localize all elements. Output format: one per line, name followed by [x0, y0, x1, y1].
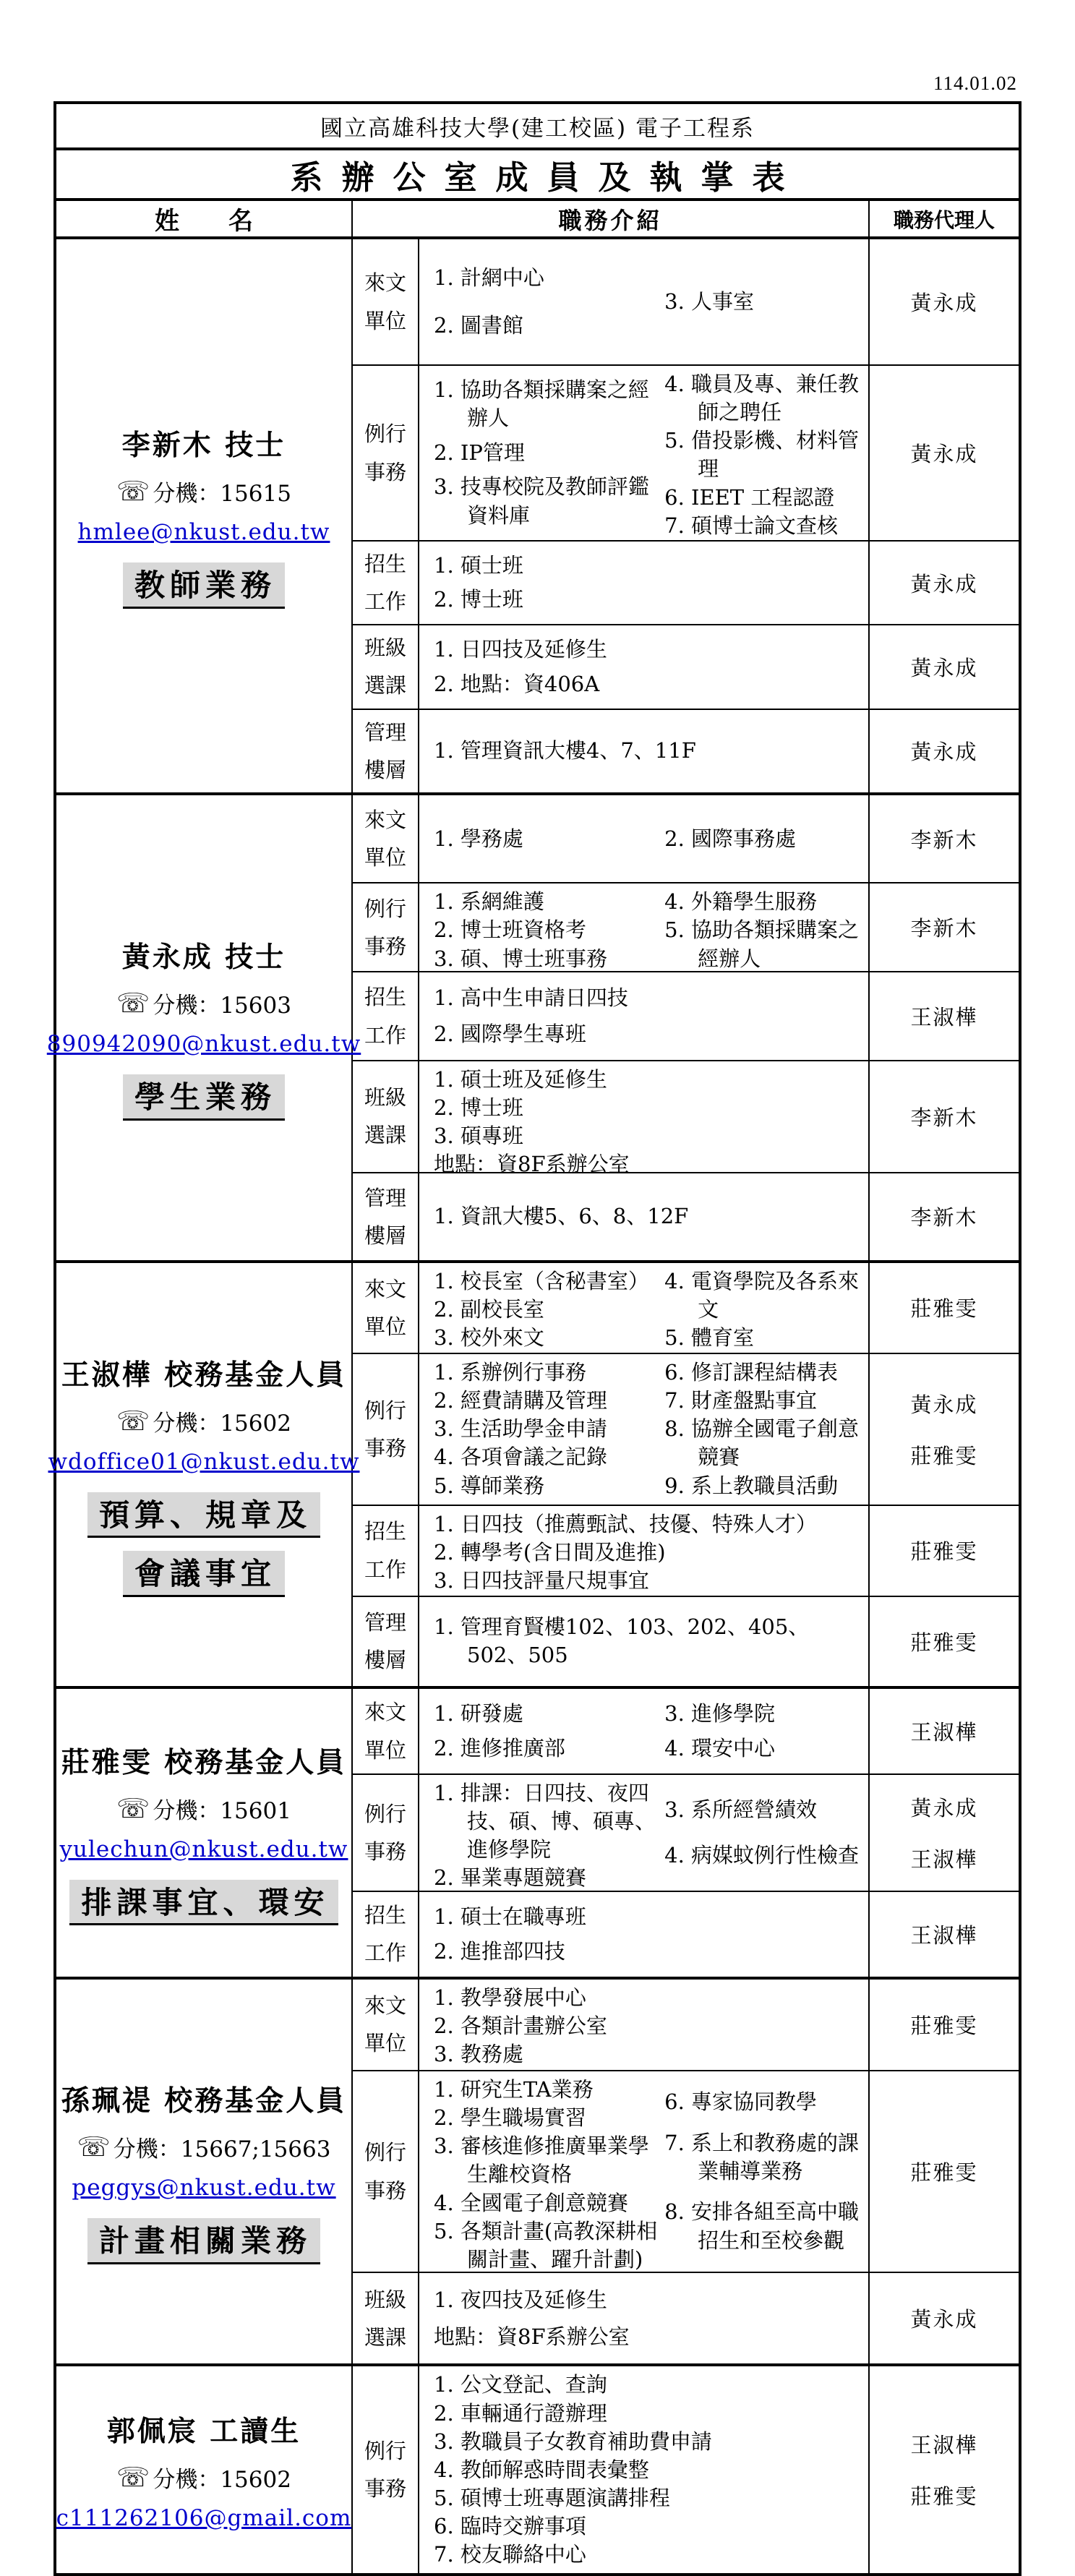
duty-item: 7. 系上和教務處的課業輔導業務: [664, 2129, 861, 2186]
duty-row: 來文單位1. 計網中心2. 圖書館3. 人事室黃永成: [353, 239, 1019, 364]
duty-category-label: 管理樓層: [353, 1597, 419, 1687]
duty-item: 1. 高中生申請日四技: [434, 984, 861, 1012]
member-duty-rows: 來文單位1. 教學發展中心2. 各類計畫辦公室3. 教務處莊雅雯例行事務1. 研…: [353, 1980, 1019, 2364]
duty-columns: 1. 日四技（推薦甄試、技優、特殊人才）2. 轉學考(含日間及進推)3. 日四技…: [434, 1510, 861, 1591]
staff-duty-table: 國立高雄科技大學(建工校區) 電子工程系 系辦公室成員及執掌表 姓 名 職務介紹…: [53, 101, 1022, 2576]
duty-column: 3. 系所經營績效4. 病媒蚊例行性檢查: [664, 1779, 861, 1886]
duty-item: 4. 病媒蚊例行性檢查: [664, 1841, 861, 1870]
duty-column: 1. 系辦例行事務2. 經費請購及管理3. 生活助學金申請4. 各項會議之記錄5…: [434, 1358, 664, 1500]
member-email-link[interactable]: 890942090@nkust.edu.tw: [47, 1031, 361, 1057]
duty-column: 1. 碩士在職專班2. 進推部四技: [434, 1896, 861, 1972]
duty-row: 來文單位1. 教學發展中心2. 各類計畫辦公室3. 教務處莊雅雯: [353, 1980, 1019, 2070]
duty-item: 1. 研究生TA業務: [434, 2076, 660, 2104]
duty-items-cell: 1. 教學發展中心2. 各類計畫辦公室3. 教務處: [419, 1980, 870, 2070]
duty-item: 1. 系辦例行事務: [434, 1358, 660, 1387]
deputy-cell: 王淑樺: [870, 972, 1019, 1059]
duty-column: 1. 研發處2. 進修推廣部: [434, 1693, 664, 1769]
extension-text: 分機：15602: [153, 2461, 291, 2494]
duty-items-cell: 1. 高中生申請日四技2. 國際學生專班: [419, 972, 870, 1059]
duty-items-cell: 1. 日四技（推薦甄試、技優、特殊人才）2. 轉學考(含日間及進推)3. 日四技…: [419, 1506, 870, 1596]
duty-items-cell: 1. 學務處2. 國際事務處: [419, 795, 870, 882]
duty-item: 2. 經費請購及管理: [434, 1387, 660, 1415]
duty-row: 例行事務1. 系辦例行事務2. 經費請購及管理3. 生活助學金申請4. 各項會議…: [353, 1353, 1019, 1505]
deputy-cell: 莊雅雯: [870, 1263, 1019, 1353]
duty-column: 1. 夜四技及延修生地點：資8F系辦公室: [434, 2277, 861, 2359]
member-duty-tags: 計畫相關業務: [87, 2218, 320, 2264]
members-body: 李新木 技士☏分機：15615hmlee@nkust.edu.tw教師業務來文單…: [56, 239, 1019, 2573]
duty-item: 6. 臨時交辦事項: [434, 2512, 861, 2541]
duty-item: 4. 外籍學生服務: [664, 888, 861, 916]
duty-item: 3. 教職員子女教育補助費申請: [434, 2428, 861, 2456]
member-extension-line: ☏分機：15602: [116, 1405, 291, 1437]
duty-item: 5. 借投影機、材料管理: [664, 427, 861, 483]
duty-columns: 1. 管理育賢樓102、103、202、405、502、505: [434, 1601, 861, 1682]
duty-columns: 1. 排課：日四技、夜四技、碩、博、碩專、進修學院2. 畢業專題競賽3. 系所經…: [434, 1779, 861, 1886]
duty-item: 5. 各類計畫(高教深耕相關計畫、躍升計劃): [434, 2217, 660, 2274]
deputy-name: 黃永成: [910, 1389, 977, 1418]
duty-column: 3. 進修學院4. 環安中心: [664, 1693, 861, 1769]
duty-items-cell: 1. 管理資訊大樓4、7、11F: [419, 710, 870, 792]
member-duty-tag: 預算、規章及: [87, 1492, 320, 1539]
deputy-name: 莊雅雯: [910, 1536, 977, 1565]
duty-item: 1. 協助各類採購案之經辦人: [434, 376, 660, 432]
duty-item: 1. 夜四技及延修生: [434, 2286, 861, 2314]
duty-item: 3. 校外來文: [434, 1324, 660, 1352]
duty-category-label: 來文單位: [353, 795, 419, 882]
duty-item: 2. IP管理: [434, 439, 660, 467]
deputy-name: 王淑樺: [910, 1716, 977, 1746]
member-duty-tag: 學生業務: [123, 1074, 285, 1121]
duty-column: 6. 專家協同教學7. 系上和教務處的課業輔導業務8. 安排各組至高中職招生和至…: [664, 2076, 861, 2267]
duty-category-label: 例行事務: [353, 1775, 419, 1891]
duty-columns: 1. 協助各類採購案之經辦人2. IP管理3. 技專校院及教師評鑑資料庫4. 職…: [434, 370, 861, 536]
deputy-cell: 李新木: [870, 883, 1019, 971]
duty-row: 招生工作1. 碩士在職專班2. 進推部四技王淑樺: [353, 1891, 1019, 1977]
duty-row: 招生工作1. 日四技（推薦甄試、技優、特殊人才）2. 轉學考(含日間及進推)3.…: [353, 1505, 1019, 1596]
duty-category-label: 例行事務: [353, 1354, 419, 1505]
member-extension-line: ☏分機：15667;15663: [77, 2131, 331, 2163]
deputy-cell: 莊雅雯: [870, 2071, 1019, 2272]
duty-item: 1. 管理資訊大樓4、7、11F: [434, 737, 861, 765]
duty-items-cell: 1. 系網維護2. 博士班資格考3. 碩、博士班事務4. 外籍學生服務5. 協助…: [419, 883, 870, 971]
duty-column: 1. 碩士班2. 博士班: [434, 546, 861, 620]
duty-column: 1. 高中生申請日四技2. 國際學生專班: [434, 977, 861, 1055]
phone-icon: ☏: [77, 2134, 111, 2160]
duty-item: 2. 進修推廣部: [434, 1734, 660, 1763]
deputy-cell: 黃永成: [870, 625, 1019, 708]
duty-category-label: 例行事務: [353, 2071, 419, 2272]
duty-item: 4. 電資學院及各系來文: [664, 1267, 861, 1324]
duty-column: 1. 公文登記、查詢2. 車輛通行證辦理3. 教職員子女教育補助費申請4. 教師…: [434, 2371, 861, 2569]
duty-item: 3. 日四技評量尺規事宜: [434, 1567, 861, 1595]
duty-item: 2. 博士班資格考: [434, 916, 660, 944]
duty-item: 5. 體育室: [664, 1324, 861, 1352]
duty-category-label: 班級選課: [353, 2273, 419, 2363]
member-duty-tag: 會議事宜: [123, 1551, 285, 1597]
member-name: 莊雅雯 校務基金人員: [61, 1740, 347, 1781]
duty-row: 班級選課1. 碩士班及延修生2. 博士班3. 碩專班地點：資8F系辦公室李新木: [353, 1060, 1019, 1172]
deputy-name: 黃永成: [910, 568, 977, 598]
member-duty-rows: 來文單位1. 校長室（含秘書室）2. 副校長室3. 校外來文4. 電資學院及各系…: [353, 1263, 1019, 1686]
member-duty-rows: 例行事務1. 公文登記、查詢2. 車輛通行證辦理3. 教職員子女教育補助費申請4…: [353, 2366, 1019, 2573]
member-duty-tags: 教師業務: [123, 562, 285, 609]
duty-item: 6. 專家協同教學: [664, 2088, 861, 2116]
duty-item: 4. 教師解惑時間表彙整: [434, 2456, 861, 2484]
duty-item: 2. 進推部四技: [434, 1938, 861, 1966]
duty-column: 4. 職員及專、兼任教師之聘任5. 借投影機、材料管理6. IEET 工程認證7…: [664, 370, 861, 536]
duty-category-label: 管理樓層: [353, 1173, 419, 1260]
duty-column: 1. 協助各類採購案之經辦人2. IP管理3. 技專校院及教師評鑑資料庫: [434, 370, 664, 536]
duty-item: 8. 安排各組至高中職招生和至校參觀: [664, 2198, 861, 2254]
duty-row: 招生工作1. 高中生申請日四技2. 國際學生專班王淑樺: [353, 971, 1019, 1059]
deputy-name: 李新木: [910, 824, 977, 854]
duty-item: 2. 國際事務處: [664, 825, 861, 853]
duty-row: 來文單位1. 學務處2. 國際事務處李新木: [353, 795, 1019, 882]
deputy-name: 莊雅雯: [910, 2157, 977, 2186]
duty-column: 1. 計網中心2. 圖書館: [434, 244, 664, 360]
duty-row: 例行事務1. 排課：日四技、夜四技、碩、博、碩專、進修學院2. 畢業專題競賽3.…: [353, 1773, 1019, 1891]
duty-column: 3. 人事室: [664, 244, 861, 360]
duty-item: 1. 排課：日四技、夜四技、碩、博、碩專、進修學院: [434, 1779, 660, 1864]
member-identity: 黃永成 技士☏分機：15603890942090@nkust.edu.tw學生業…: [56, 795, 353, 1260]
deputy-name: 王淑樺: [910, 1001, 977, 1031]
deputy-cell: 黃永成: [870, 239, 1019, 364]
deputy-name: 李新木: [910, 1202, 977, 1231]
deputy-cell: 王淑樺: [870, 1892, 1019, 1977]
duty-category-label: 例行事務: [353, 366, 419, 540]
column-header-deputy: 職務代理人: [870, 201, 1019, 236]
deputy-name: 王淑樺: [910, 1920, 977, 1949]
duty-item: 2. 博士班: [434, 586, 861, 614]
phone-icon: ☏: [116, 990, 150, 1017]
member-extension-line: ☏分機：15601: [116, 1792, 291, 1825]
member-extension-line: ☏分機：15603: [116, 987, 291, 1019]
duty-item: 1. 管理育賢樓102、103、202、405、502、505: [434, 1613, 861, 1669]
duty-row: 來文單位1. 校長室（含秘書室）2. 副校長室3. 校外來文4. 電資學院及各系…: [353, 1263, 1019, 1353]
phone-icon: ☏: [116, 478, 150, 505]
duty-item: 3. 人事室: [664, 288, 861, 316]
duty-item: 2. 轉學考(含日間及進推): [434, 1539, 861, 1567]
deputy-cell: 莊雅雯: [870, 1597, 1019, 1687]
duty-columns: 1. 系辦例行事務2. 經費請購及管理3. 生活助學金申請4. 各項會議之記錄5…: [434, 1358, 861, 1500]
column-header-row: 姓 名 職務介紹 職務代理人: [56, 201, 1019, 239]
duty-row: 例行事務1. 公文登記、查詢2. 車輛通行證辦理3. 教職員子女教育補助費申請4…: [353, 2366, 1019, 2573]
duty-items-cell: 1. 協助各類採購案之經辦人2. IP管理3. 技專校院及教師評鑑資料庫4. 職…: [419, 366, 870, 540]
member-name: 黃永成 技士: [122, 935, 286, 975]
member-section: 王淑樺 校務基金人員☏分機：15602wdoffice01@nkust.edu.…: [56, 1260, 1019, 1686]
duty-row: 來文單位1. 研發處2. 進修推廣部3. 進修學院4. 環安中心王淑樺: [353, 1689, 1019, 1773]
duty-column: 1. 管理資訊大樓4、7、11F: [434, 714, 861, 788]
duty-items-cell: 1. 研發處2. 進修推廣部3. 進修學院4. 環安中心: [419, 1689, 870, 1773]
table-title: 系辦公室成員及執掌表: [56, 150, 1019, 201]
duty-item: 1. 日四技及延修生: [434, 636, 861, 664]
member-section: 孫珮禔 校務基金人員☏分機：15667;15663peggys@nkust.ed…: [56, 1977, 1019, 2364]
duty-column: 1. 系網維護2. 博士班資格考3. 碩、博士班事務: [434, 888, 664, 967]
deputy-cell: 李新木: [870, 1173, 1019, 1260]
duty-column: 1. 學務處: [434, 800, 664, 878]
duty-item: 8. 協辦全國電子創意競賽: [664, 1415, 861, 1471]
duty-column: 1. 日四技（推薦甄試、技優、特殊人才）2. 轉學考(含日間及進推)3. 日四技…: [434, 1510, 861, 1591]
member-extension-line: ☏分機：15602: [116, 2461, 291, 2494]
duty-column: 4. 外籍學生服務5. 協助各類採購案之經辦人: [664, 888, 861, 967]
duty-items-cell: 1. 系辦例行事務2. 經費請購及管理3. 生活助學金申請4. 各項會議之記錄5…: [419, 1354, 870, 1505]
duty-row: 例行事務1. 協助各類採購案之經辦人2. IP管理3. 技專校院及教師評鑑資料庫…: [353, 364, 1019, 540]
duty-item: 2. 車輛通行證辦理: [434, 2400, 861, 2428]
deputy-cell: 王淑樺: [870, 1689, 1019, 1773]
duty-columns: 1. 碩士在職專班2. 進推部四技: [434, 1896, 861, 1972]
deputy-name: 王淑樺: [910, 1844, 977, 1873]
duty-item: 5. 碩博士班專題演講排程: [434, 2484, 861, 2512]
duty-column: 1. 研究生TA業務2. 學生職場實習3. 審核進修推廣畢業學生離校資格4. 全…: [434, 2076, 664, 2267]
duty-column: 1. 排課：日四技、夜四技、碩、博、碩專、進修學院2. 畢業專題競賽: [434, 1779, 664, 1886]
duty-row: 招生工作1. 碩士班2. 博士班黃永成: [353, 540, 1019, 624]
duty-items-cell: 1. 夜四技及延修生地點：資8F系辦公室: [419, 2273, 870, 2363]
duty-category-label: 例行事務: [353, 883, 419, 971]
deputy-name: 李新木: [910, 912, 977, 942]
duty-item: 3. 技專校院及教師評鑑資料庫: [434, 473, 660, 529]
deputy-cell: 莊雅雯: [870, 1506, 1019, 1596]
deputy-cell: 李新木: [870, 1061, 1019, 1172]
duty-item: 2. 學生職場實習: [434, 2104, 660, 2132]
duty-items-cell: 1. 管理育賢樓102、103、202、405、502、505: [419, 1597, 870, 1687]
member-identity: 王淑樺 校務基金人員☏分機：15602wdoffice01@nkust.edu.…: [56, 1263, 353, 1686]
deputy-name: 黃永成: [910, 438, 977, 468]
member-section: 郭佩宸 工讀生☏分機：15602c111262106@gmail.com例行事務…: [56, 2363, 1019, 2573]
duty-item: 1. 碩士班: [434, 552, 861, 580]
deputy-name: 黃永成: [910, 652, 977, 682]
deputy-name: 莊雅雯: [910, 1440, 977, 1470]
duty-items-cell: 1. 日四技及延修生2. 地點：資406A: [419, 625, 870, 708]
duty-items-cell: 1. 校長室（含秘書室）2. 副校長室3. 校外來文4. 電資學院及各系來文5.…: [419, 1263, 870, 1353]
duty-item: 2. 副校長室: [434, 1296, 660, 1324]
duty-row: 管理樓層1. 管理育賢樓102、103、202、405、502、505莊雅雯: [353, 1596, 1019, 1687]
deputy-cell: 黃永成: [870, 710, 1019, 792]
extension-text: 分機：15603: [153, 987, 291, 1019]
duty-item: 7. 財產盤點事宜: [664, 1387, 861, 1415]
duty-columns: 1. 計網中心2. 圖書館3. 人事室: [434, 244, 861, 360]
duty-columns: 1. 碩士班及延修生2. 博士班3. 碩專班地點：資8F系辦公室: [434, 1066, 861, 1168]
deputy-cell: 黃永成: [870, 2273, 1019, 2363]
deputy-name: 莊雅雯: [910, 1293, 977, 1322]
page-date: 114.01.02: [933, 72, 1017, 95]
duty-item: 3. 碩、博士班事務: [434, 945, 660, 973]
member-section: 莊雅雯 校務基金人員☏分機：15601yulechun@nkust.edu.tw…: [56, 1686, 1019, 1976]
member-identity: 郭佩宸 工讀生☏分機：15602c111262106@gmail.com: [56, 2366, 353, 2573]
duty-column: 1. 校長室（含秘書室）2. 副校長室3. 校外來文: [434, 1267, 664, 1348]
duty-row: 班級選課1. 日四技及延修生2. 地點：資406A黃永成: [353, 624, 1019, 708]
duty-item: 1. 研發處: [434, 1700, 660, 1728]
member-name: 孫珮禔 校務基金人員: [61, 2079, 347, 2119]
duty-item: 1. 教學發展中心: [434, 1984, 861, 2012]
phone-icon: ☏: [116, 2464, 150, 2491]
member-duty-tags: 預算、規章及會議事宜: [87, 1492, 320, 1597]
duty-columns: 1. 教學發展中心2. 各類計畫辦公室3. 教務處: [434, 1984, 861, 2066]
deputy-cell: 王淑樺莊雅雯: [870, 2366, 1019, 2573]
duty-item: 5. 協助各類採購案之經辦人: [664, 916, 861, 972]
duty-item: 3. 碩專班: [434, 1122, 861, 1150]
column-header-name: 姓 名: [56, 201, 353, 236]
deputy-name: 黃永成: [910, 2303, 977, 2333]
member-name: 郭佩宸 工讀生: [107, 2409, 301, 2449]
duty-category-label: 班級選課: [353, 1061, 419, 1172]
duty-item: 1. 公文登記、查詢: [434, 2371, 861, 2399]
duty-item: 6. 修訂課程結構表: [664, 1358, 861, 1387]
duty-column: 1. 管理育賢樓102、103、202、405、502、505: [434, 1601, 861, 1682]
duty-columns: 1. 資訊大樓5、6、8、12F: [434, 1178, 861, 1256]
duty-columns: 1. 校長室（含秘書室）2. 副校長室3. 校外來文4. 電資學院及各系來文5.…: [434, 1267, 861, 1348]
duty-items-cell: 1. 排課：日四技、夜四技、碩、博、碩專、進修學院2. 畢業專題競賽3. 系所經…: [419, 1775, 870, 1891]
duty-items-cell: 1. 資訊大樓5、6、8、12F: [419, 1173, 870, 1260]
duty-item: 4. 職員及專、兼任教師之聘任: [664, 370, 861, 427]
duty-row: 班級選課1. 夜四技及延修生地點：資8F系辦公室黃永成: [353, 2272, 1019, 2363]
duty-column: 4. 電資學院及各系來文5. 體育室: [664, 1267, 861, 1348]
duty-item: 2. 圖書館: [434, 312, 660, 340]
duty-item: 1. 計網中心: [434, 264, 660, 292]
extension-text: 分機：15601: [153, 1792, 291, 1825]
duty-item: 3. 系所經營績效: [664, 1796, 861, 1824]
member-duty-rows: 來文單位1. 研發處2. 進修推廣部3. 進修學院4. 環安中心王淑樺例行事務1…: [353, 1689, 1019, 1976]
duty-item: 2. 各類計畫辦公室: [434, 2012, 861, 2040]
duty-columns: 1. 高中生申請日四技2. 國際學生專班: [434, 977, 861, 1055]
duty-item: 1. 學務處: [434, 825, 660, 853]
duty-row: 管理樓層1. 資訊大樓5、6、8、12F李新木: [353, 1172, 1019, 1260]
member-email-link[interactable]: c111262106@gmail.com: [56, 2505, 352, 2531]
duty-item: 1. 資訊大樓5、6、8、12F: [434, 1202, 861, 1231]
duty-items-cell: 1. 公文登記、查詢2. 車輛通行證辦理3. 教職員子女教育補助費申請4. 教師…: [419, 2366, 870, 2573]
duty-item: 5. 導師業務: [434, 1472, 660, 1500]
deputy-cell: 莊雅雯: [870, 1980, 1019, 2070]
school-name-header: 國立高雄科技大學(建工校區) 電子工程系: [56, 104, 1019, 150]
deputy-name: 王淑樺: [910, 2429, 977, 2459]
duty-item: 3. 進修學院: [664, 1700, 861, 1728]
member-email-link[interactable]: hmlee@nkust.edu.tw: [78, 519, 330, 545]
duty-item: 2. 博士班: [434, 1094, 861, 1122]
duty-item: 9. 系上教職員活動: [664, 1472, 861, 1500]
duty-columns: 1. 碩士班2. 博士班: [434, 546, 861, 620]
duty-item: 1. 校長室（含秘書室）: [434, 1267, 660, 1296]
duty-category-label: 來文單位: [353, 239, 419, 364]
extension-text: 分機：15615: [153, 475, 291, 508]
phone-icon: ☏: [116, 1408, 150, 1434]
member-duty-rows: 來文單位1. 計網中心2. 圖書館3. 人事室黃永成例行事務1. 協助各類採購案…: [353, 239, 1019, 792]
duty-columns: 1. 學務處2. 國際事務處: [434, 800, 861, 878]
duty-items-cell: 1. 研究生TA業務2. 學生職場實習3. 審核進修推廣畢業學生離校資格4. 全…: [419, 2071, 870, 2272]
member-identity: 莊雅雯 校務基金人員☏分機：15601yulechun@nkust.edu.tw…: [56, 1689, 353, 1976]
duty-columns: 1. 日四技及延修生2. 地點：資406A: [434, 630, 861, 703]
deputy-name: 莊雅雯: [910, 2010, 977, 2040]
duty-column: 1. 碩士班及延修生2. 博士班3. 碩專班地點：資8F系辦公室: [434, 1066, 861, 1168]
deputy-cell: 黃永成莊雅雯: [870, 1354, 1019, 1505]
duty-row: 例行事務1. 系網維護2. 博士班資格考3. 碩、博士班事務4. 外籍學生服務5…: [353, 882, 1019, 971]
member-duty-tag: 計畫相關業務: [87, 2218, 320, 2264]
deputy-cell: 黃永成: [870, 542, 1019, 624]
member-duty-tags: 學生業務: [123, 1074, 285, 1121]
duty-category-label: 例行事務: [353, 2366, 419, 2573]
duty-category-label: 班級選課: [353, 625, 419, 708]
duty-items-cell: 1. 碩士班2. 博士班: [419, 542, 870, 624]
member-name: 王淑樺 校務基金人員: [61, 1353, 347, 1393]
deputy-cell: 李新木: [870, 795, 1019, 882]
duty-item: 1. 碩士在職專班: [434, 1903, 861, 1931]
duty-row: 例行事務1. 研究生TA業務2. 學生職場實習3. 審核進修推廣畢業學生離校資格…: [353, 2070, 1019, 2272]
member-section: 黃永成 技士☏分機：15603890942090@nkust.edu.tw學生業…: [56, 792, 1019, 1260]
duty-columns: 1. 研究生TA業務2. 學生職場實習3. 審核進修推廣畢業學生離校資格4. 全…: [434, 2076, 861, 2267]
duty-item: 7. 碩博士論文查核: [664, 512, 861, 540]
duty-columns: 1. 研發處2. 進修推廣部3. 進修學院4. 環安中心: [434, 1693, 861, 1769]
duty-item: 1. 系網維護: [434, 888, 660, 916]
duty-item: 3. 審核進修推廣畢業學生離校資格: [434, 2132, 660, 2188]
duty-items-cell: 1. 碩士在職專班2. 進推部四技: [419, 1892, 870, 1977]
member-email-link[interactable]: wdoffice01@nkust.edu.tw: [48, 1449, 360, 1475]
deputy-name: 黃永成: [910, 1792, 977, 1822]
member-duty-tags: 排課事宜、環安: [69, 1880, 338, 1926]
duty-item: 4. 環安中心: [664, 1734, 861, 1763]
phone-icon: ☏: [116, 1795, 150, 1822]
member-identity: 李新木 技士☏分機：15615hmlee@nkust.edu.tw教師業務: [56, 239, 353, 792]
duty-column: 2. 國際事務處: [664, 800, 861, 878]
deputy-cell: 黃永成王淑樺: [870, 1775, 1019, 1891]
duty-item: 6. IEET 工程認證: [664, 484, 861, 512]
duty-columns: 1. 夜四技及延修生地點：資8F系辦公室: [434, 2277, 861, 2359]
duty-items-cell: 1. 計網中心2. 圖書館3. 人事室: [419, 239, 870, 364]
extension-text: 分機：15602: [153, 1405, 291, 1437]
member-email-link[interactable]: yulechun@nkust.edu.tw: [60, 1836, 348, 1862]
member-identity: 孫珮禔 校務基金人員☏分機：15667;15663peggys@nkust.ed…: [56, 1980, 353, 2364]
duty-column: 1. 日四技及延修生2. 地點：資406A: [434, 630, 861, 703]
duty-item: 1. 日四技（推薦甄試、技優、特殊人才）: [434, 1510, 861, 1539]
deputy-name: 李新木: [910, 1102, 977, 1131]
member-email-link[interactable]: peggys@nkust.edu.tw: [72, 2175, 335, 2201]
deputy-name: 莊雅雯: [910, 2481, 977, 2510]
duty-item: 2. 畢業專題競賽: [434, 1864, 660, 1892]
duty-item: 4. 各項會議之記錄: [434, 1443, 660, 1471]
duty-category-label: 來文單位: [353, 1263, 419, 1353]
duty-category-label: 來文單位: [353, 1980, 419, 2070]
member-section: 李新木 技士☏分機：15615hmlee@nkust.edu.tw教師業務來文單…: [56, 239, 1019, 792]
member-extension-line: ☏分機：15615: [116, 475, 291, 508]
duty-category-label: 招生工作: [353, 972, 419, 1059]
duty-item: 3. 教務處: [434, 2040, 861, 2068]
extension-text: 分機：15667;15663: [114, 2131, 331, 2163]
member-duty-tag: 排課事宜、環安: [69, 1880, 338, 1926]
member-duty-tag: 教師業務: [123, 562, 285, 609]
duty-columns: 1. 管理資訊大樓4、7、11F: [434, 714, 861, 788]
duty-item: 3. 生活助學金申請: [434, 1415, 660, 1443]
duty-columns: 1. 系網維護2. 博士班資格考3. 碩、博士班事務4. 外籍學生服務5. 協助…: [434, 888, 861, 967]
duty-category-label: 招生工作: [353, 1506, 419, 1596]
duty-category-label: 招生工作: [353, 1892, 419, 1977]
member-duty-rows: 來文單位1. 學務處2. 國際事務處李新木例行事務1. 系網維護2. 博士班資格…: [353, 795, 1019, 1260]
deputy-name: 黃永成: [910, 736, 977, 766]
duty-column: 1. 資訊大樓5、6、8、12F: [434, 1178, 861, 1256]
duty-column: 6. 修訂課程結構表7. 財產盤點事宜8. 協辦全國電子創意競賽9. 系上教職員…: [664, 1358, 861, 1500]
duty-item: 7. 校友聯絡中心: [434, 2541, 861, 2569]
deputy-name: 黃永成: [910, 287, 977, 317]
column-header-duties: 職務介紹: [353, 201, 870, 236]
duty-category-label: 管理樓層: [353, 710, 419, 792]
duty-row: 管理樓層1. 管理資訊大樓4、7、11F黃永成: [353, 709, 1019, 792]
deputy-cell: 黃永成: [870, 366, 1019, 540]
deputy-name: 莊雅雯: [910, 1627, 977, 1656]
duty-item: 2. 國際學生專班: [434, 1020, 861, 1048]
member-name: 李新木 技士: [122, 423, 286, 463]
duty-item: 地點：資8F系辦公室: [434, 2323, 861, 2351]
duty-item: 4. 全國電子創意競賽: [434, 2189, 660, 2217]
duty-column: 1. 教學發展中心2. 各類計畫辦公室3. 教務處: [434, 1984, 861, 2066]
duty-item: 2. 地點：資406A: [434, 670, 861, 698]
duty-items-cell: 1. 碩士班及延修生2. 博士班3. 碩專班地點：資8F系辦公室: [419, 1061, 870, 1172]
duty-category-label: 招生工作: [353, 542, 419, 624]
